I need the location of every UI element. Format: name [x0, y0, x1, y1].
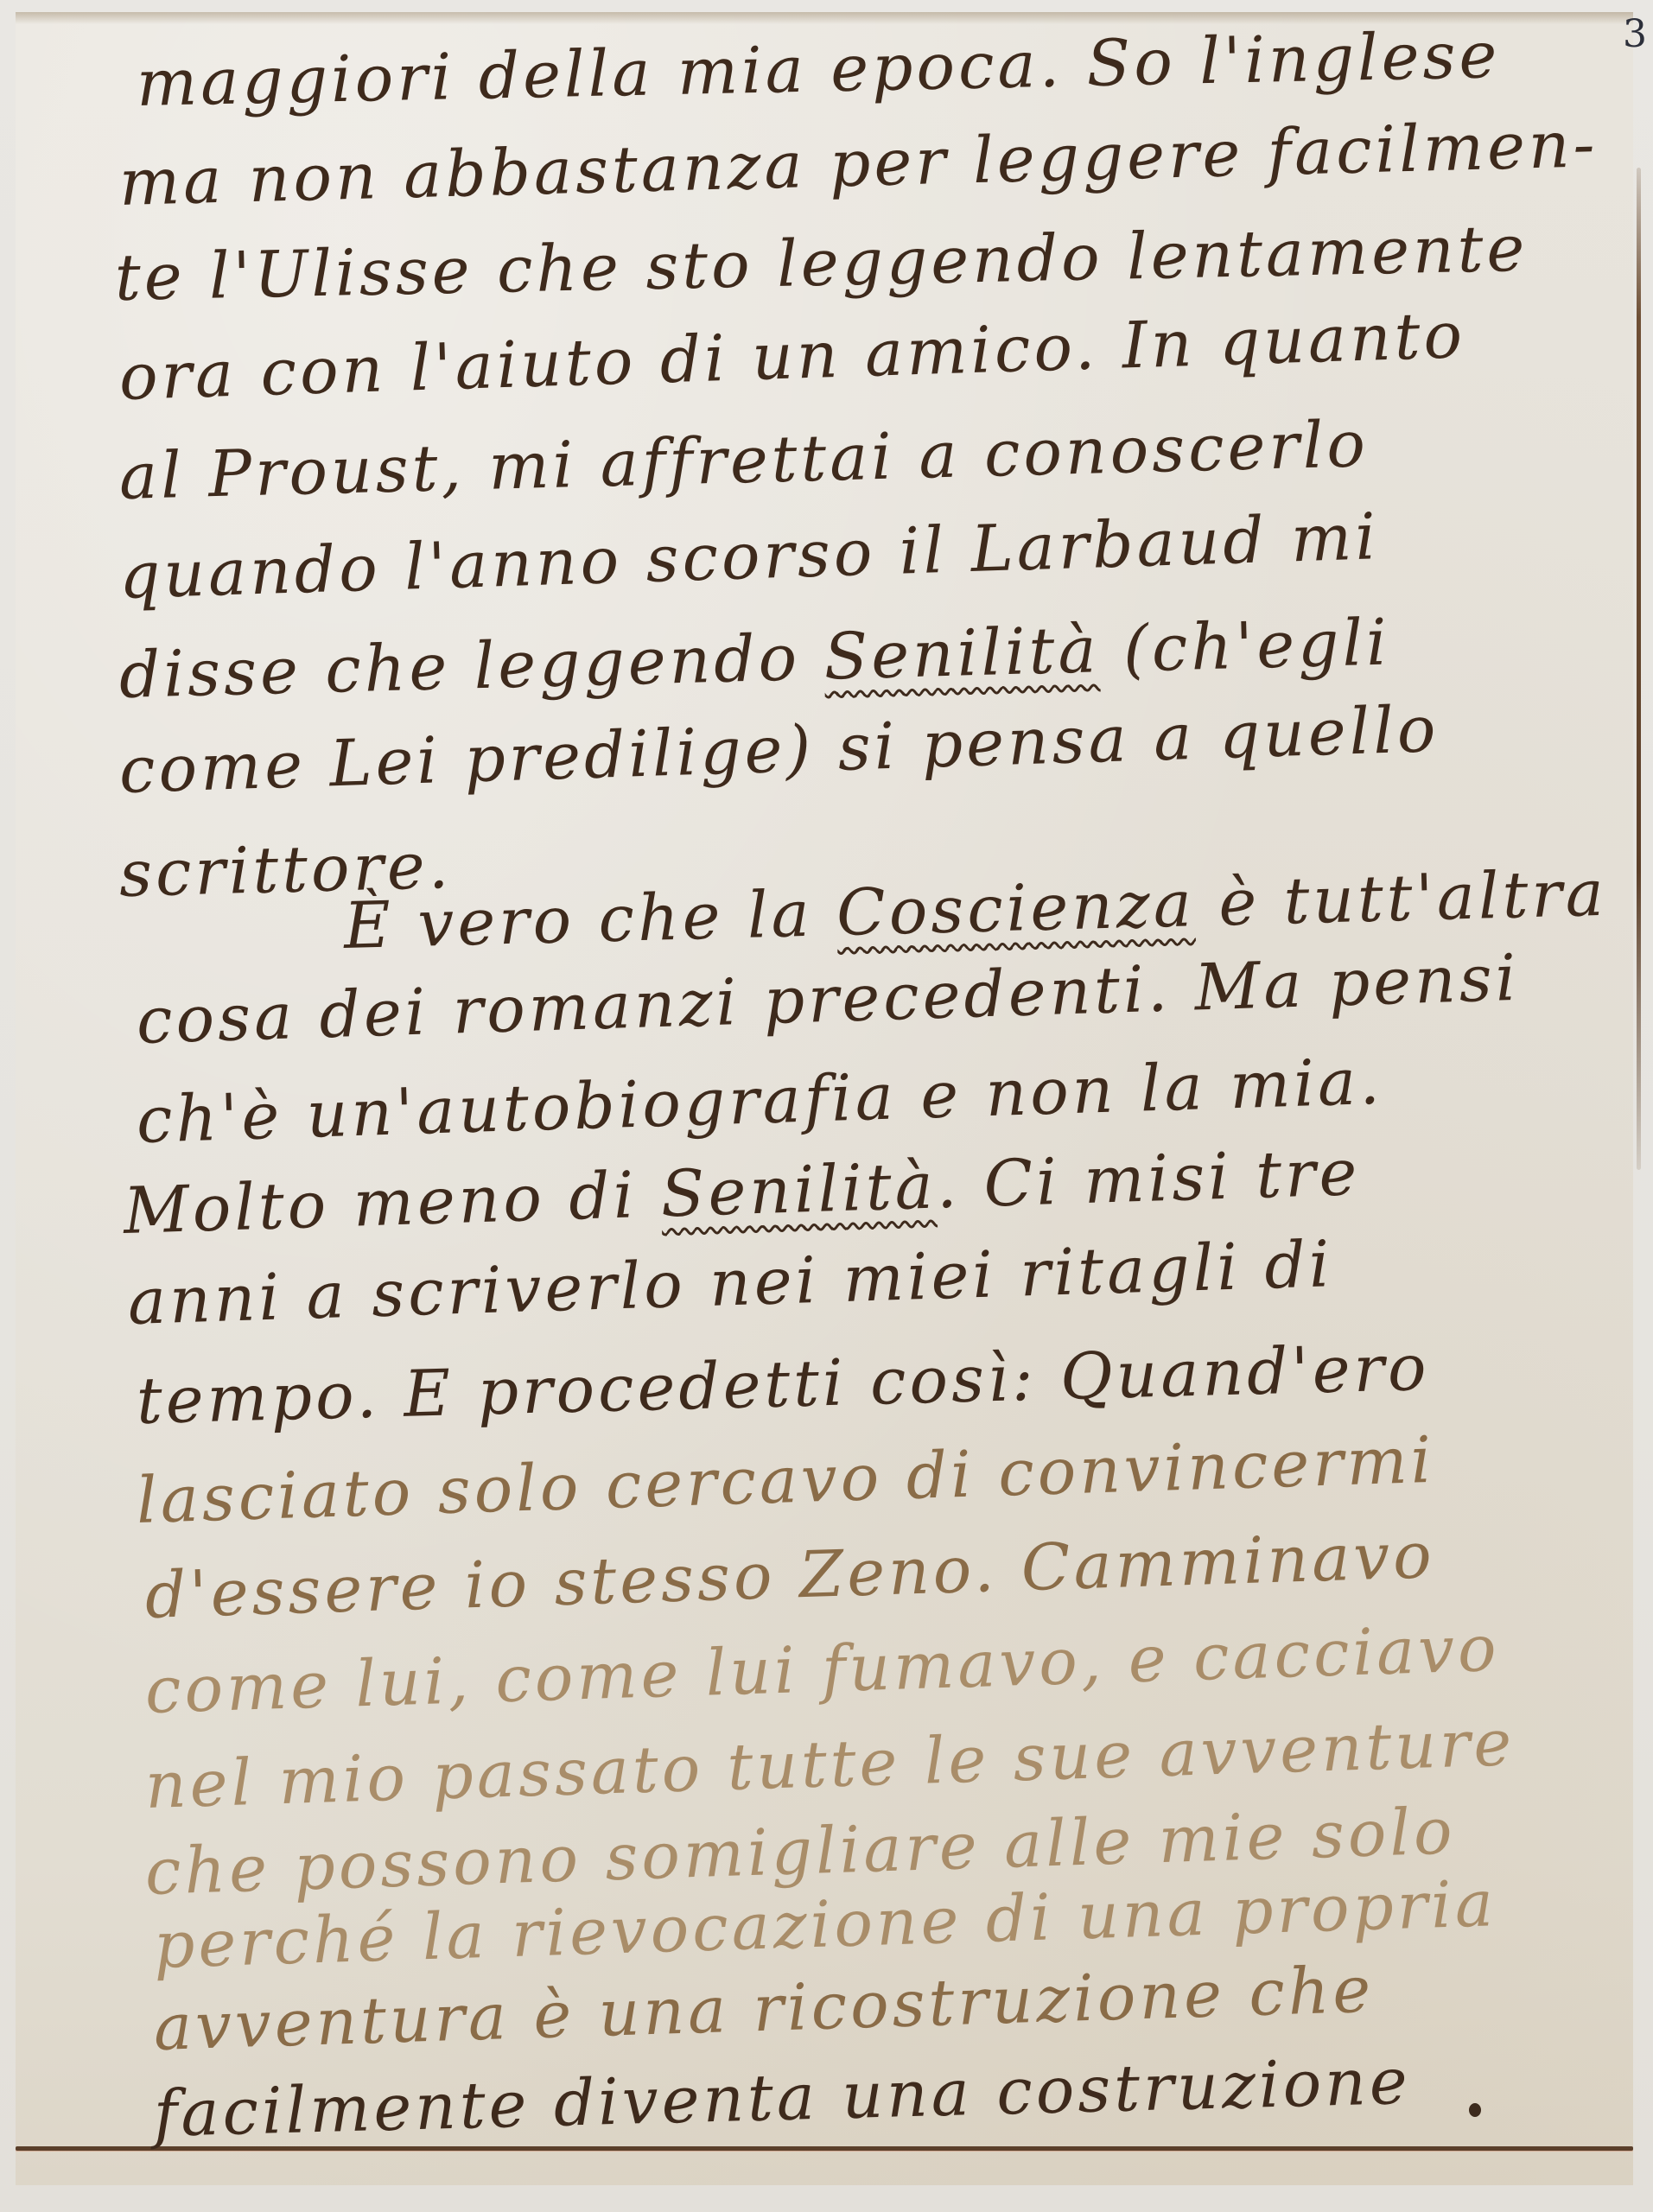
line-10-pre: È vero che la	[343, 876, 837, 963]
manuscript-line-5: al Proust, mi affrettai a conoscerlo	[118, 407, 1370, 514]
manuscript-line-23: facilmente diventa una costruzione	[153, 2044, 1412, 2152]
page-number: 3	[1623, 12, 1647, 56]
line-7-pre: disse che leggendo	[118, 620, 825, 713]
manuscript-line-3: te l'Ulisse che sto leggendo lentamente	[114, 212, 1529, 315]
manuscript-line-2: ma non abbastanza per leggere facilmen-	[118, 107, 1599, 220]
ink-blot	[1469, 2103, 1481, 2117]
book-title-coscienza: Coscienza	[836, 867, 1196, 950]
manuscript-line-4: ora con l'aiuto di un amico. In quanto	[118, 298, 1467, 415]
manuscript-line-8: come Lei predilige) si pensa a quello	[118, 692, 1440, 808]
manuscript-line-11: cosa dei romanzi precedenti. Ma pensi	[136, 941, 1521, 1058]
right-margin-rule	[1637, 168, 1641, 1170]
book-title-senilita: Senilità	[823, 613, 1100, 694]
manuscript-line-14: anni a scriverlo nei miei ritagli di	[127, 1227, 1334, 1339]
book-title-senilita-2: Senilità	[659, 1148, 938, 1231]
manuscript-line-6: quando l'anno scorso il Larbaud mi	[118, 499, 1381, 613]
line-10-post: è tutt'altra	[1194, 856, 1608, 941]
photo-frame: 3 maggiori della mia epoca. So l'inglese…	[0, 0, 1653, 2212]
line-13-post: . Ci misi tre	[935, 1135, 1361, 1223]
manuscript-line-1: maggiori della mia epoca. So l'inglese	[136, 18, 1501, 121]
manuscript-line-18: come lui, come lui fumavo, e cacciavo	[144, 1611, 1501, 1728]
manuscript-line-17: d'essere io stesso Zeno. Camminavo	[144, 1518, 1436, 1633]
manuscript-line-7: disse che leggendo Senilità (ch'egli	[118, 606, 1391, 713]
manuscript-line-15: tempo. E procedetti così: Quand'ero	[136, 1331, 1431, 1439]
line-13-pre: Molto meno di	[123, 1157, 662, 1248]
line-7-post: (ch'egli	[1098, 606, 1390, 688]
manuscript-page: 3 maggiori della mia epoca. So l'inglese…	[16, 12, 1633, 2185]
manuscript-line-16: lasciato solo cercavo di convincermi	[136, 1423, 1436, 1538]
